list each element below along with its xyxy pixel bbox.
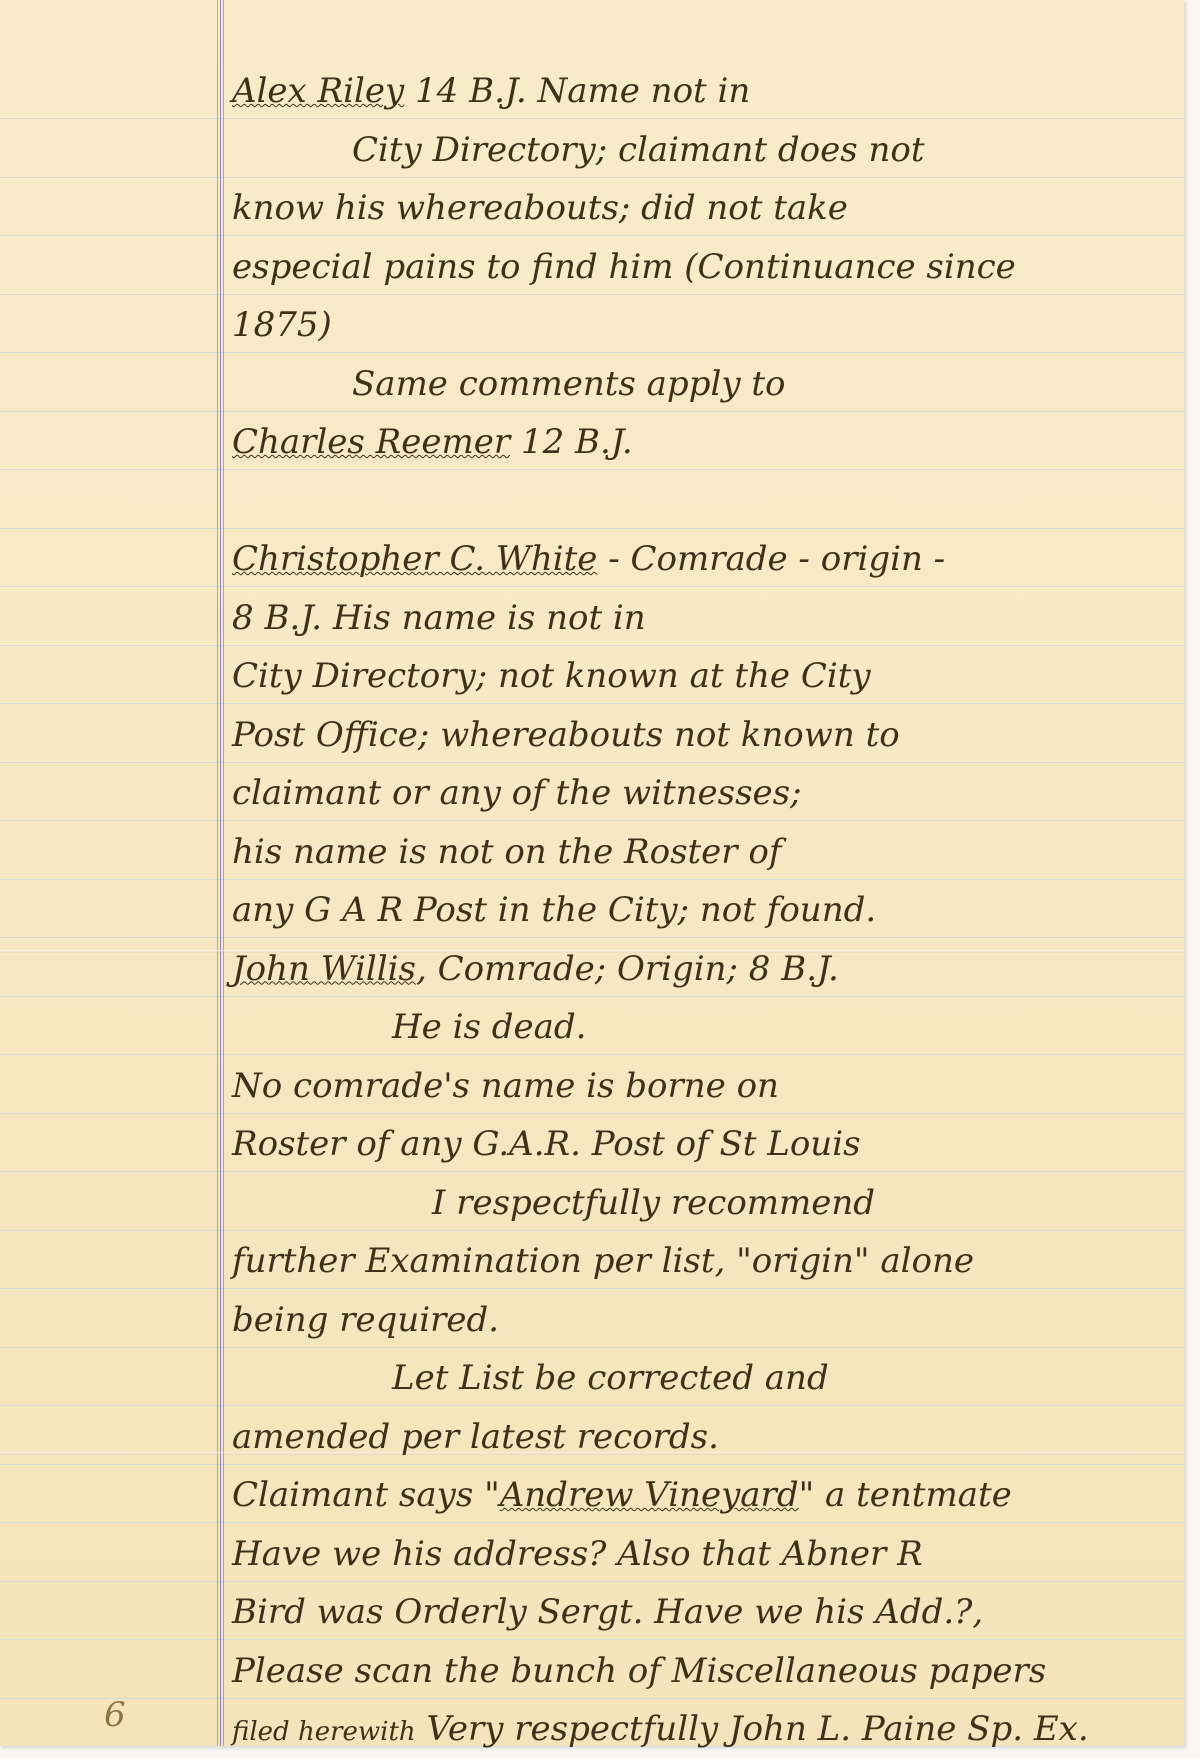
text-segment: I respectfully recommend (432, 1183, 875, 1223)
underlined-name: Alex Riley (232, 71, 404, 111)
text-segment: Have we his address? Also that Abner R (232, 1534, 923, 1574)
text-line: Charles Reemer 12 B.J. (232, 413, 1164, 472)
underlined-name: Andrew Vineyard (500, 1475, 799, 1515)
text-segment: 12 B.J. (510, 422, 632, 462)
text-segment: Same comments apply to (352, 364, 785, 404)
text-line: claimant or any of the witnesses; (232, 764, 1164, 823)
text-line: He is dead. (232, 998, 1164, 1057)
text-line: especial pains to find him (Continuance … (232, 238, 1164, 297)
text-segment: City Directory; claimant does not (352, 130, 925, 170)
underlined-name: John Willis (232, 949, 416, 989)
text-segment: especial pains to find him (Continuance … (232, 247, 1016, 287)
document-page: Alex Riley 14 B.J. Name not inCity Direc… (0, 0, 1184, 1746)
handwritten-body: Alex Riley 14 B.J. Name not inCity Direc… (232, 62, 1164, 1758)
text-line: Claimant says "Andrew Vineyard" a tentma… (232, 1466, 1164, 1525)
text-segment: further Examination per list, "origin" a… (232, 1241, 974, 1281)
text-line: amended per latest records. (232, 1408, 1164, 1467)
text-line: Bird was Orderly Sergt. Have we his Add.… (232, 1583, 1164, 1642)
text-line: being required. (232, 1291, 1164, 1350)
text-line: any G A R Post in the City; not found. (232, 881, 1164, 940)
text-line: City Directory; claimant does not (232, 121, 1164, 180)
text-segment: know his whereabouts; did not take (232, 188, 848, 228)
underlined-name: Christopher C. White (232, 539, 597, 579)
text-line: know his whereabouts; did not take (232, 179, 1164, 238)
margin-line (223, 0, 224, 1746)
text-line: Alex Riley 14 B.J. Name not in (232, 62, 1164, 121)
text-line: City Directory; not known at the City (232, 647, 1164, 706)
text-segment: Claimant says " (232, 1475, 500, 1515)
text-segment: City Directory; not known at the City (232, 656, 871, 696)
text-line: Please scan the bunch of Miscellaneous p… (232, 1642, 1164, 1701)
text-segment: Bird was Orderly Sergt. Have we his Add.… (232, 1592, 983, 1632)
text-segment: 8 B.J. His name is not in (232, 598, 646, 638)
text-segment: " a tentmate (799, 1475, 1012, 1515)
text-line: Christopher C. White - Comrade - origin … (232, 530, 1164, 589)
text-segment: being required. (232, 1300, 499, 1340)
text-segment: 14 B.J. Name not in (404, 71, 750, 111)
text-segment: amended per latest records. (232, 1417, 719, 1457)
underlined-name: Charles Reemer (232, 422, 510, 462)
text-segment: any G A R Post in the City; not found. (232, 890, 876, 930)
text-segment: - Comrade - origin - (597, 539, 945, 579)
text-segment: claimant or any of the witnesses; (232, 773, 802, 813)
text-line: Have we his address? Also that Abner R (232, 1525, 1164, 1584)
text-line: No comrade's name is borne on (232, 1057, 1164, 1116)
text-line: 1875) (232, 296, 1164, 355)
text-line: 8 B.J. His name is not in (232, 589, 1164, 648)
text-segment: No comrade's name is borne on (232, 1066, 779, 1106)
text-line: filed herewith Very respectfully John L.… (232, 1700, 1164, 1758)
page-number: 6 (104, 1695, 126, 1735)
text-line: Same comments apply to (232, 355, 1164, 414)
text-segment: , Comrade; Origin; 8 B.J. (416, 949, 839, 989)
text-line (232, 472, 1164, 531)
text-line: Roster of any G.A.R. Post of St Louis (232, 1115, 1164, 1174)
text-segment: Please scan the bunch of Miscellaneous p… (232, 1651, 1046, 1691)
text-segment: He is dead. (392, 1007, 586, 1047)
text-segment: filed herewith (232, 1717, 416, 1747)
margin-line (217, 0, 218, 1746)
text-segment: 1875) (232, 305, 332, 345)
margin-line (220, 0, 221, 1746)
text-line: I respectfully recommend (232, 1174, 1164, 1233)
text-line: Post Office; whereabouts not known to (232, 706, 1164, 765)
text-line: Let List be corrected and (232, 1349, 1164, 1408)
text-segment: Very respectfully John L. Paine Sp. Ex. (416, 1709, 1089, 1749)
text-line: John Willis, Comrade; Origin; 8 B.J. (232, 940, 1164, 999)
text-line: his name is not on the Roster of (232, 823, 1164, 882)
text-segment: Let List be corrected and (392, 1358, 829, 1398)
text-segment: Roster of any G.A.R. Post of St Louis (232, 1124, 861, 1164)
text-line: further Examination per list, "origin" a… (232, 1232, 1164, 1291)
text-segment: his name is not on the Roster of (232, 832, 781, 872)
text-segment: Post Office; whereabouts not known to (232, 715, 900, 755)
